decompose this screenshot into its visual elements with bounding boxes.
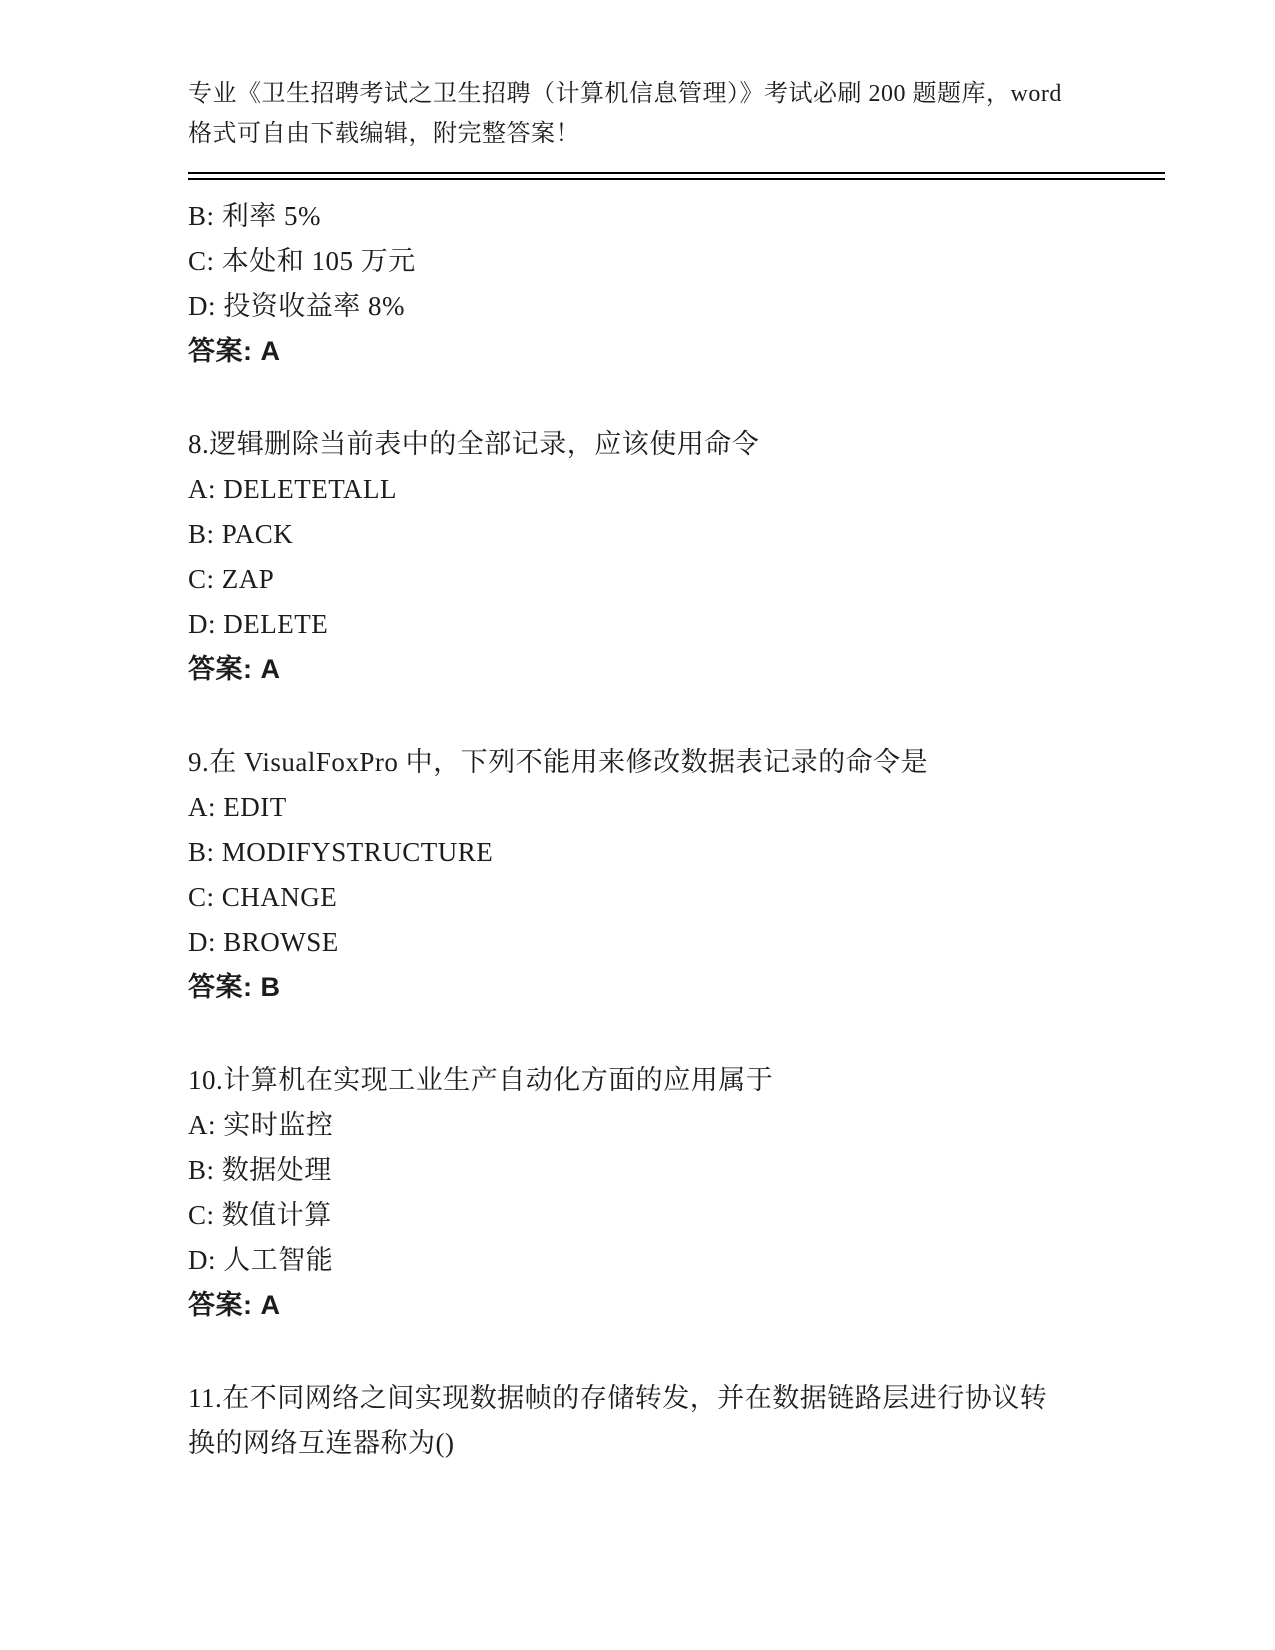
answer-line: 答案: A xyxy=(188,1283,1048,1328)
question-title: 8.逻辑删除当前表中的全部记录，应该使用命令 xyxy=(188,422,1048,467)
option-line-d: D: 人工智能 xyxy=(188,1238,1048,1283)
option-line-c: C: CHANGE xyxy=(188,875,1048,920)
option-line-b: B: PACK xyxy=(188,512,1048,557)
option-line-b: B: 利率 5% xyxy=(188,194,1048,239)
question-list: B: 利率 5% C: 本处和 105 万元 D: 投资收益率 8% 答案: A… xyxy=(188,194,1048,1466)
answer-line: 答案: A xyxy=(188,647,1048,692)
option-line-d: D: BROWSE xyxy=(188,920,1048,965)
option-line-b: B: MODIFYSTRUCTURE xyxy=(188,830,1048,875)
option-line-d: D: 投资收益率 8% xyxy=(188,284,1048,329)
option-line-a: A: EDIT xyxy=(188,785,1048,830)
option-line-a: A: DELETETALL xyxy=(188,467,1048,512)
option-line-d: D: DELETE xyxy=(188,602,1048,647)
question-block-10: 10.计算机在实现工业生产自动化方面的应用属于 A: 实时监控 B: 数据处理 … xyxy=(188,1058,1048,1328)
option-line-c: C: 数值计算 xyxy=(188,1193,1048,1238)
document-header: 专业《卫生招聘考试之卫生招聘（计算机信息管理）》考试必刷 200 题题库，wor… xyxy=(188,74,1088,154)
option-line-c: C: 本处和 105 万元 xyxy=(188,239,1048,284)
question-title: 9.在 VisualFoxPro 中，下列不能用来修改数据表记录的命令是 xyxy=(188,740,1048,785)
exam-document-page: 专业《卫生招聘考试之卫生招聘（计算机信息管理）》考试必刷 200 题题库，wor… xyxy=(0,0,1275,1650)
document-title: 专业《卫生招聘考试之卫生招聘（计算机信息管理）》考试必刷 200 题题库，wor… xyxy=(188,74,1088,154)
option-line-c: C: ZAP xyxy=(188,557,1048,602)
option-line-a: A: 实时监控 xyxy=(188,1103,1048,1148)
header-divider xyxy=(188,172,1165,180)
option-line-b: B: 数据处理 xyxy=(188,1148,1048,1193)
answer-line: 答案: A xyxy=(188,329,1048,374)
question-title: 11.在不同网络之间实现数据帧的存储转发，并在数据链路层进行协议转换的网络互连器… xyxy=(188,1376,1048,1466)
answer-line: 答案: B xyxy=(188,965,1048,1010)
question-block-7-partial: B: 利率 5% C: 本处和 105 万元 D: 投资收益率 8% 答案: A xyxy=(188,194,1048,374)
question-title: 10.计算机在实现工业生产自动化方面的应用属于 xyxy=(188,1058,1048,1103)
question-block-9: 9.在 VisualFoxPro 中，下列不能用来修改数据表记录的命令是 A: … xyxy=(188,740,1048,1010)
question-block-11: 11.在不同网络之间实现数据帧的存储转发，并在数据链路层进行协议转换的网络互连器… xyxy=(188,1376,1048,1466)
question-block-8: 8.逻辑删除当前表中的全部记录，应该使用命令 A: DELETETALL B: … xyxy=(188,422,1048,692)
